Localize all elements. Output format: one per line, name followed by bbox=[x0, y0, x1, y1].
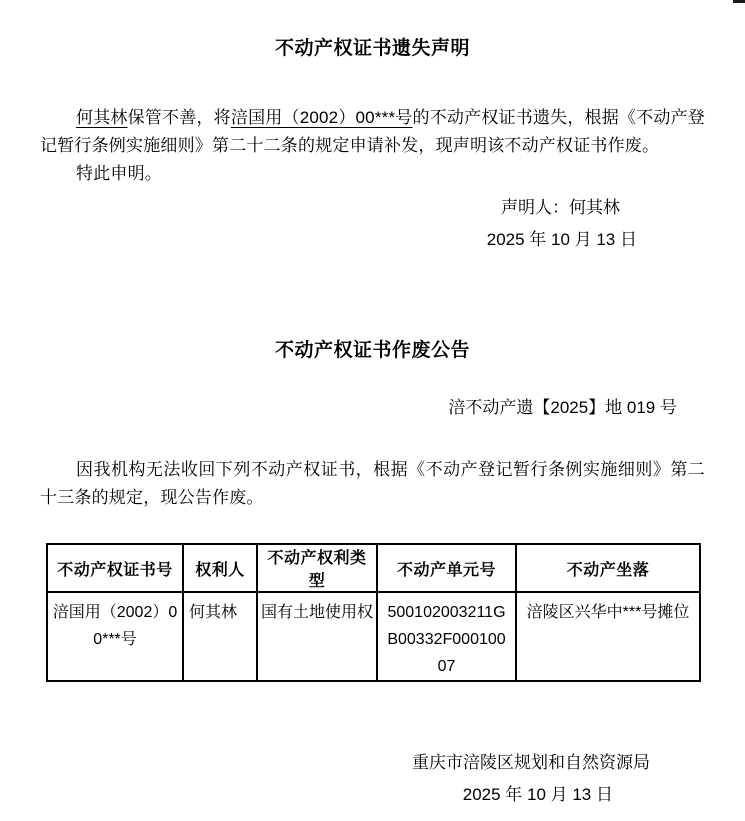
declaration-signer: 声明人：何其林 bbox=[40, 192, 705, 224]
scan-corner-artifact bbox=[733, 0, 745, 3]
header-certificate-no: 不动产权证书号 bbox=[47, 544, 183, 592]
cell-certificate-no-text: 涪国用（2002）00***号 bbox=[50, 599, 180, 653]
cell-right-type: 国有土地使用权 bbox=[257, 592, 377, 681]
declaration-title: 不动产权证书遗失声明 bbox=[40, 36, 705, 62]
cell-unit-no: 500102003211GB00332F00010007 bbox=[377, 592, 516, 681]
certificates-table-header: 不动产权证书号 权利人 不动产权利类型 不动产单元号 不动产坐落 bbox=[47, 544, 700, 592]
announcement-doc-number: 涪不动产遗【2025】地 019 号 bbox=[40, 398, 705, 418]
cell-right-holder: 何其林 bbox=[183, 592, 257, 681]
document-page: 不动产权证书遗失声明 何其林保管不善，将涪国用（2002）00***号的不动产权… bbox=[0, 0, 745, 811]
declaration-body-text-1: 保管不善，将 bbox=[128, 108, 231, 127]
certificates-table: 不动产权证书号 权利人 不动产权利类型 不动产单元号 不动产坐落 涪国用（200… bbox=[46, 543, 701, 682]
table-row: 涪国用（2002）00***号 何其林 国有土地使用权 500102003211… bbox=[47, 592, 700, 681]
header-right-holder: 权利人 bbox=[183, 544, 257, 592]
declaration-holder-name: 何其林 bbox=[76, 108, 128, 127]
header-unit-no: 不动产单元号 bbox=[377, 544, 516, 592]
header-right-type: 不动产权利类型 bbox=[257, 544, 377, 592]
announcement-date: 2025 年 10 月 13 日 bbox=[40, 779, 705, 811]
declaration-closing: 特此申明。 bbox=[40, 160, 705, 188]
cell-location: 涪陵区兴华中***号摊位 bbox=[516, 592, 700, 681]
announcement-section: 不动产权证书作废公告 涪不动产遗【2025】地 019 号 因我机构无法收回下列… bbox=[40, 338, 705, 811]
cell-certificate-no: 涪国用（2002）00***号 bbox=[47, 592, 183, 681]
announcement-body-paragraph: 因我机构无法收回下列不动产权证书，根据《不动产登记暂行条例实施细则》第二十三条的… bbox=[40, 456, 705, 512]
certificates-table-body: 涪国用（2002）00***号 何其林 国有土地使用权 500102003211… bbox=[47, 592, 700, 681]
declaration-date: 2025 年 10 月 13 日 bbox=[40, 224, 705, 256]
header-location: 不动产坐落 bbox=[516, 544, 700, 592]
declaration-section: 不动产权证书遗失声明 何其林保管不善，将涪国用（2002）00***号的不动产权… bbox=[40, 36, 705, 256]
declaration-body-paragraph: 何其林保管不善，将涪国用（2002）00***号的不动产权证书遗失，根据《不动产… bbox=[40, 104, 705, 160]
cell-unit-no-text: 500102003211GB00332F00010007 bbox=[384, 599, 509, 680]
declaration-certificate-number: 涪国用（2002）00***号 bbox=[231, 108, 413, 127]
table-header-row: 不动产权证书号 权利人 不动产权利类型 不动产单元号 不动产坐落 bbox=[47, 544, 700, 592]
announcement-issuer: 重庆市涪陵区规划和自然资源局 bbox=[40, 747, 705, 779]
announcement-title: 不动产权证书作废公告 bbox=[40, 338, 705, 364]
